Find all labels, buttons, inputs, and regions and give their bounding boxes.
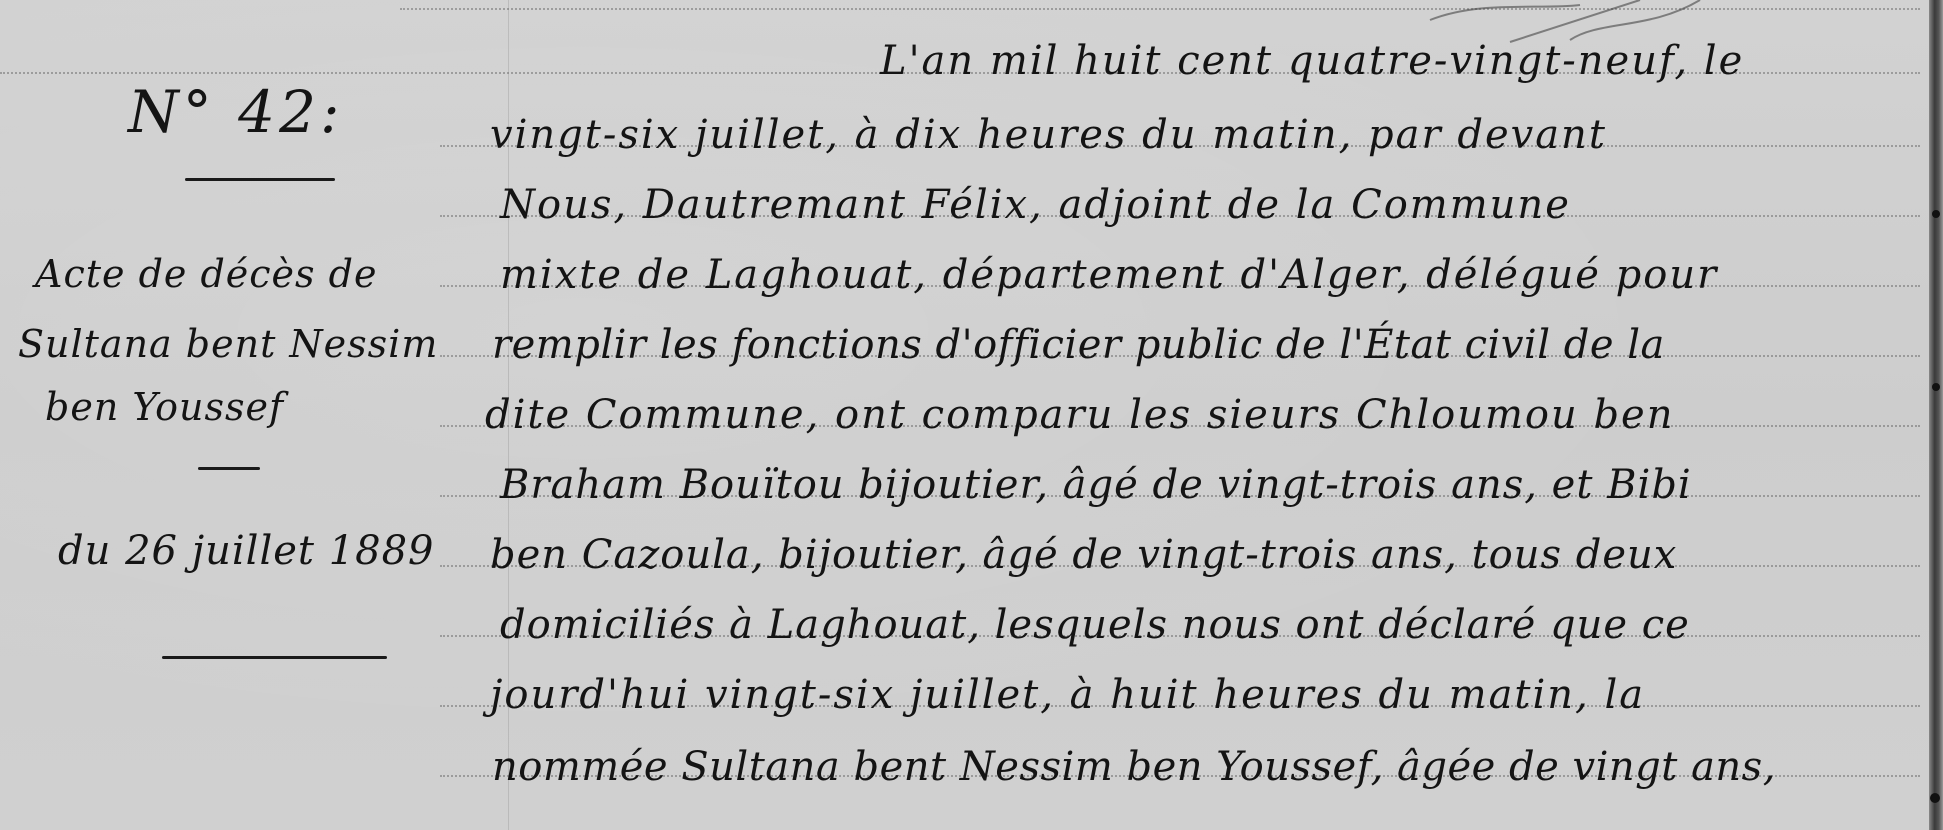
binding-mark <box>1930 793 1940 803</box>
record-title-line-1: Acte de décès de <box>35 252 377 296</box>
body-line-11: nommée Sultana bent Nessim ben Youssef, … <box>492 744 1776 790</box>
binding-mark <box>1932 210 1940 218</box>
record-date: du 26 juillet 1889 <box>58 528 435 574</box>
register-page: N° 42: Acte de décès de Sultana bent Nes… <box>0 0 1943 830</box>
separator-dash <box>185 178 335 181</box>
record-title-line-3: ben Youssef <box>45 385 284 429</box>
body-line-4: mixte de Laghouat, département d'Alger, … <box>500 252 1718 298</box>
body-line-7: Braham Bouïtou bijoutier, âgé de vingt-t… <box>500 462 1692 508</box>
body-line-8: ben Cazoula, bijoutier, âgé de vingt-tro… <box>490 532 1677 578</box>
body-line-6: dite Commune, ont comparu les sieurs Chl… <box>485 392 1674 438</box>
body-line-1: L'an mil huit cent quatre-vingt-neuf, le <box>880 38 1744 84</box>
body-line-2: vingt-six juillet, à dix heures du matin… <box>490 112 1607 158</box>
body-line-10: jourd'hui vingt-six juillet, à huit heur… <box>490 672 1645 718</box>
entry-number: N° 42: <box>128 78 344 146</box>
body-line-5: remplir les fonctions d'officier public … <box>492 322 1665 368</box>
binding-mark <box>1932 383 1940 391</box>
separator-dash <box>162 656 387 659</box>
separator-dash <box>198 467 260 470</box>
body-line-3: Nous, Dautremant Félix, adjoint de la Co… <box>500 182 1571 228</box>
record-title-line-2: Sultana bent Nessim <box>18 322 438 366</box>
book-binding-edge <box>1929 0 1943 830</box>
body-line-9: domiciliés à Laghouat, lesquels nous ont… <box>500 602 1690 648</box>
